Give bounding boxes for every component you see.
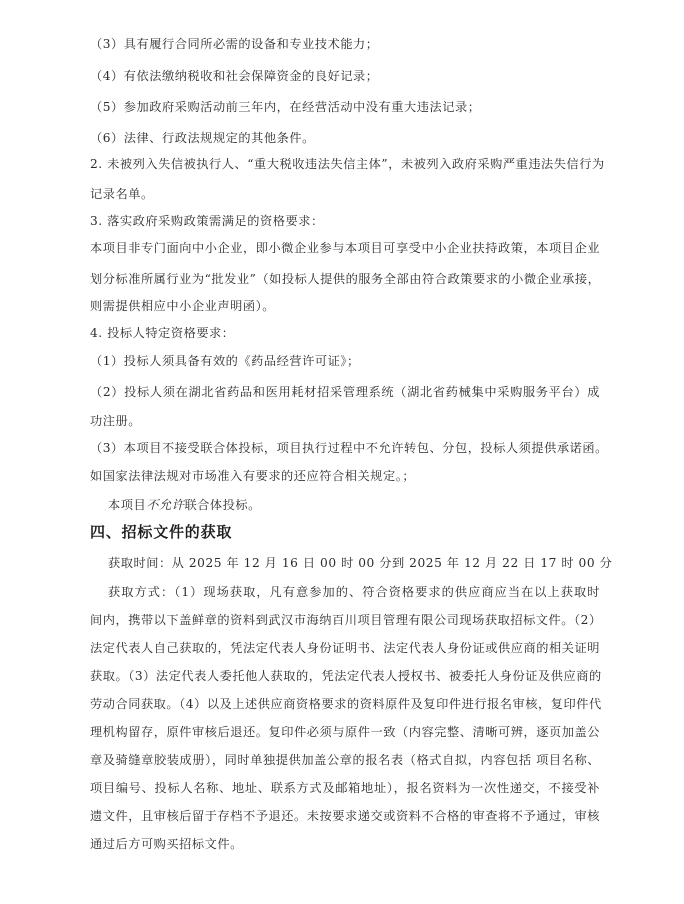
method-line-9: 遗文件，且审核后留于存档不予退还。未按要求递交或资料不合格的审查将不予通过，审核 <box>90 808 600 824</box>
method-line-5: 劳动合同获取。（4）以及上述供应商资格要求的资料原件及复印件进行报名审核，复印件… <box>90 696 600 712</box>
method-line-2: 间内，携带以下盖鲜章的资料到武汉市海纳百川项目管理有限公司现场获取招标文件。（2… <box>90 612 600 628</box>
qualification-3: （3）具有履行合同所必需的设备和专业技术能力； <box>90 36 600 52</box>
method-line-10: 通过后方可购买招标文件。 <box>90 836 600 852</box>
item4-sub1: （1）投标人须具备有效的《药品经营许可证》； <box>90 353 600 369</box>
method-line-1: 获取方式：（1）现场获取，凡有意参加的、符合资格要求的供应商应当在以上获取时 <box>108 584 600 600</box>
item4-title: 4. 投标人特定资格要求： <box>90 325 600 341</box>
item4-sub3: （3）本项目不接受联合体投标，项目执行过程中不允许转包、分包，投标人须提供承诺函… <box>90 440 600 456</box>
item3-line2: 划分标准所属行业为“批发业”（如投标人提供的服务全部由符合政策要求的小微企业承接… <box>90 271 600 287</box>
item4-sub2-line2: 功注册。 <box>90 413 600 429</box>
consortium-statement: 本项目不允许联合体投标。 <box>108 497 618 513</box>
document-page: （3）具有履行合同所必需的设备和专业技术能力； （4）有依法缴纳税收和社会保障资… <box>0 0 684 904</box>
qualification-6: （6）法律、行政法规规定的其他条件。 <box>90 130 600 146</box>
item4-sub2-line1: （2）投标人须在湖北省药品和医用耗材招采管理系统（湖北省药械集中采购服务平台）成 <box>90 384 600 400</box>
item4-note: 如国家法律法规对市场准入有要求的还应符合相关规定。； <box>90 468 600 484</box>
acquisition-time: 获取时间：从 2025 年 12 月 16 日 00 时 00 分到 2025 … <box>108 555 600 571</box>
qualification-4: （4）有依法缴纳税收和社会保障资金的良好记录； <box>90 68 600 84</box>
item3-line3: 则需提供相应中小企业声明函）。 <box>90 298 600 314</box>
section-heading: 四、招标文件的获取 <box>90 522 232 542</box>
consortium-prefix: 本项目 <box>108 498 146 512</box>
method-line-3: 法定代表人自己获取的，凭法定代表人身份证明书、法定代表人身份证或供应商的相关证明 <box>90 640 600 656</box>
consortium-emphasis: 不允许 <box>146 498 184 512</box>
method-line-7: 章及骑缝章胶装成册），同时单独提供加盖公章的报名表（格式自拟，内容包括 项目名称… <box>90 752 600 768</box>
item2-line2: 记录名单。 <box>90 186 600 202</box>
method-line-6: 理机构留存，原件审核后退还。复印件必须与原件一致（内容完整、清晰可辨，逐页加盖公 <box>90 724 600 740</box>
item3-line1: 本项目非专门面向中小企业，即小微企业参与本项目可享受中小企业扶持政策，本项目企业 <box>90 240 600 256</box>
consortium-suffix: 联合体投标。 <box>184 498 260 512</box>
method-line-8: 项目编号、投标人名称、地址、联系方式及邮箱地址），报名资料为一次性递交，不接受补 <box>90 780 600 796</box>
method-line-4: 获取。（3）法定代表人委托他人获取的，凭法定代表人授权书、被委托人身份证及供应商… <box>90 668 600 684</box>
item2-line1: 2. 未被列入失信被执行人、“重大税收违法失信主体”，未被列入政府采购严重违法失… <box>90 156 600 172</box>
qualification-5: （5）参加政府采购活动前三年内，在经营活动中没有重大违法记录； <box>90 99 600 115</box>
item3-title: 3. 落实政府采购政策需满足的资格要求： <box>90 213 600 229</box>
